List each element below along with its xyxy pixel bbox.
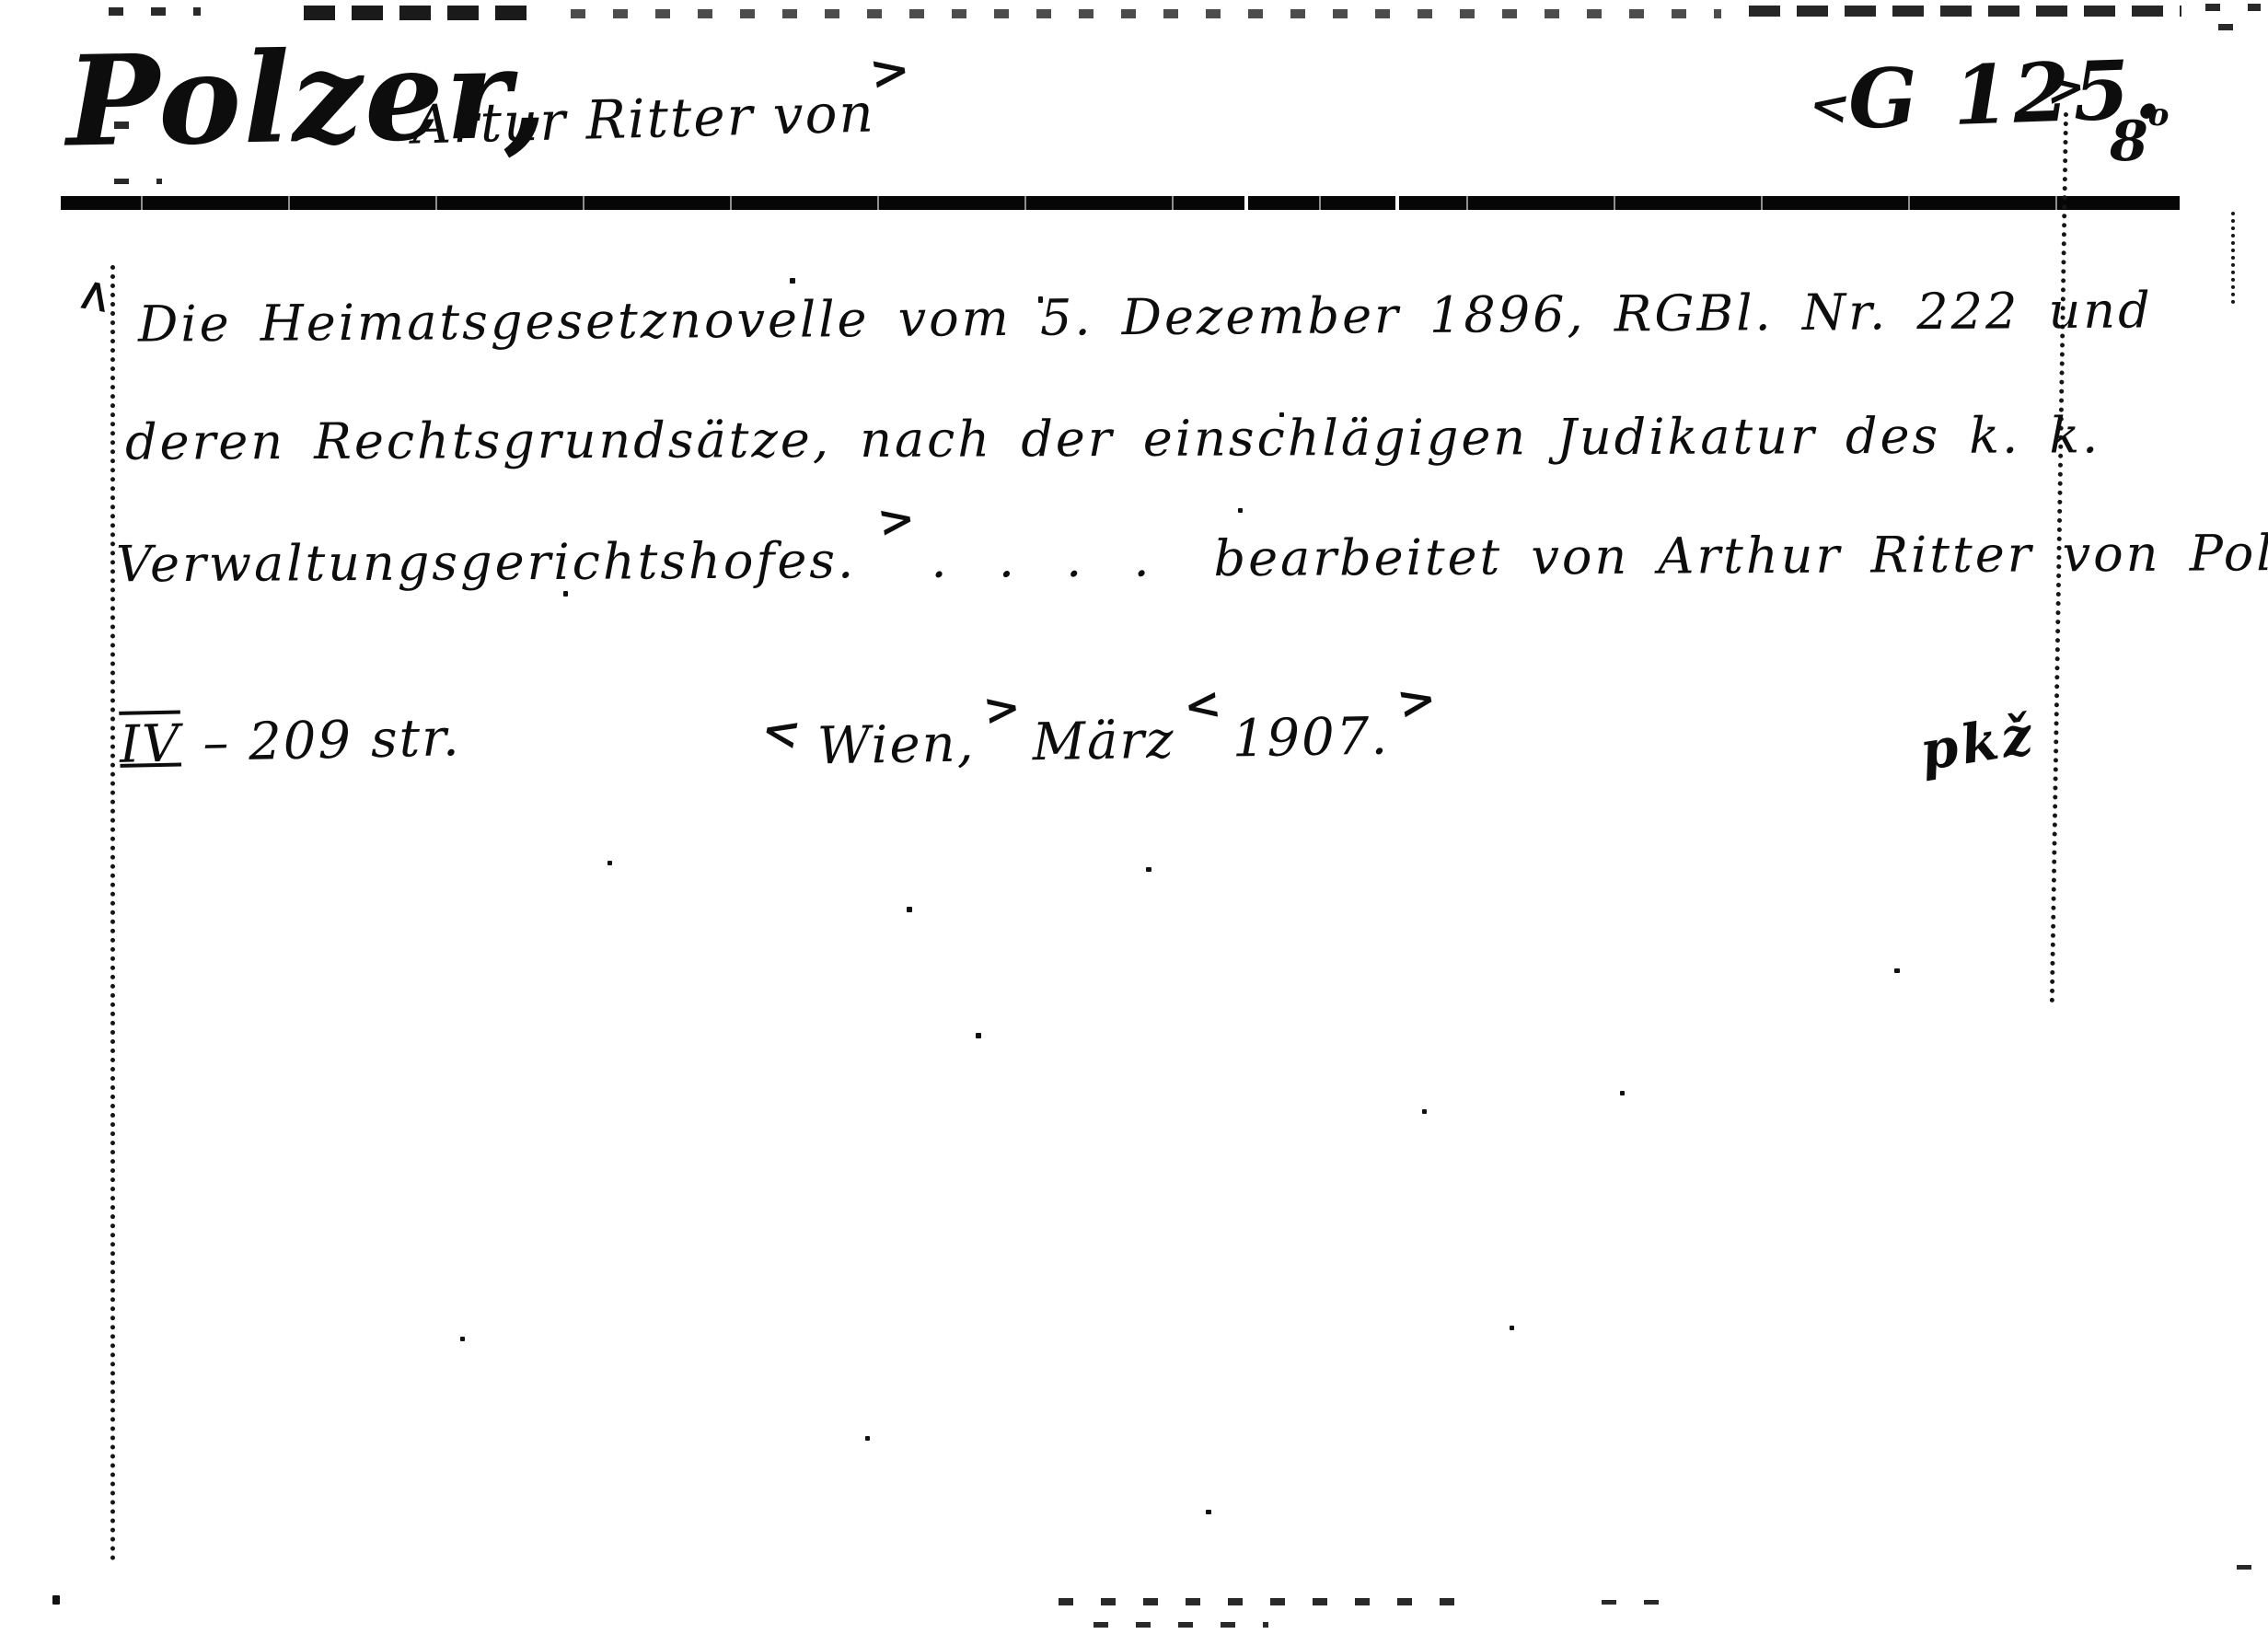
scan-speck bbox=[790, 278, 795, 284]
heading-rule-gap bbox=[1244, 194, 1248, 212]
insertion-caret-icon: > bbox=[2042, 63, 2088, 114]
cataloguer-initials: pkž bbox=[1916, 708, 2039, 779]
scan-speck bbox=[1894, 968, 1900, 973]
right-edge-dotted-line bbox=[2231, 212, 2235, 304]
scan-speck bbox=[1510, 1326, 1514, 1330]
scan-speck bbox=[1422, 1109, 1427, 1114]
imprint-place: Wien, bbox=[816, 718, 975, 772]
scan-noise-top bbox=[2218, 24, 2261, 30]
title-line-1: Die Heimatsgesetznovelle vom 5. Dezember… bbox=[138, 285, 2153, 349]
title-line-3-end: bearbeitet von Arthur Ritter von Polzer. bbox=[1213, 528, 2268, 585]
insertion-caret-icon: < bbox=[1807, 80, 1853, 133]
scan-noise-bottom bbox=[1059, 1598, 1464, 1605]
scan-speck bbox=[607, 861, 612, 865]
heading-rule-gap bbox=[1395, 194, 1399, 212]
inventory-number: IV – 209 str. bbox=[115, 713, 461, 771]
imprint-month: März bbox=[1032, 715, 1175, 770]
heading-given-name: Artur Ritter von bbox=[411, 86, 875, 151]
imprint-place-date: < Wien, > März < 1907. > bbox=[762, 711, 1440, 774]
format-octavo: 8o bbox=[2110, 99, 2169, 169]
insertion-caret-icon: < bbox=[71, 274, 121, 319]
scan-speck bbox=[563, 591, 568, 597]
scan-speck bbox=[1146, 867, 1151, 872]
scan-noise-bottom bbox=[1602, 1600, 1666, 1605]
inventory-rest: – 209 str. bbox=[202, 708, 461, 773]
scan-speck bbox=[1620, 1091, 1625, 1095]
scan-speck bbox=[1238, 508, 1243, 513]
scan-noise-top bbox=[2205, 4, 2261, 11]
insertion-caret-icon: > bbox=[981, 684, 1025, 733]
format-superscript: o bbox=[2148, 97, 2170, 133]
ellipsis-dots: . . . . bbox=[931, 534, 1162, 585]
scan-speck bbox=[1206, 1510, 1211, 1514]
imprint-year: 1907. bbox=[1232, 712, 1389, 766]
scan-speck bbox=[1038, 296, 1043, 303]
insertion-caret-icon: > bbox=[1394, 674, 1442, 726]
format-digit: 8 bbox=[2110, 110, 2148, 174]
inventory-roman-numeral: IV bbox=[115, 713, 185, 775]
catalog-card-scan: Polzer, Artur Ritter von > < G 125. > 8o… bbox=[0, 0, 2268, 1634]
insertion-caret-icon: > bbox=[875, 495, 921, 545]
title-line-3: Verwaltungsgerichtshofes. > . . . . bear… bbox=[116, 528, 2268, 590]
scan-noise-top bbox=[114, 179, 162, 184]
scan-speck bbox=[52, 1595, 60, 1605]
scan-speck bbox=[460, 1337, 465, 1341]
scan-noise-top bbox=[1749, 6, 2181, 17]
scan-noise-top bbox=[304, 6, 543, 20]
scan-speck bbox=[976, 1033, 981, 1038]
insertion-caret-icon: > bbox=[867, 45, 913, 99]
left-margin-dotted-line bbox=[110, 265, 115, 1561]
scan-speck bbox=[907, 907, 912, 912]
scan-noise-top bbox=[109, 7, 201, 16]
heading-rule bbox=[61, 196, 2180, 210]
scan-speck bbox=[865, 1436, 870, 1441]
scan-noise-bottom bbox=[1093, 1622, 1268, 1628]
scan-noise-bottom bbox=[2237, 1565, 2264, 1570]
scan-speck bbox=[1279, 412, 1284, 417]
insertion-caret-icon: < bbox=[1181, 681, 1225, 730]
insertion-caret-icon: < bbox=[758, 705, 806, 758]
scan-noise-top bbox=[571, 9, 1721, 18]
title-line-2: deren Rechtsgrundsätze, nach der einschl… bbox=[125, 411, 2100, 467]
title-line-3-start: Verwaltungsgerichtshofes. bbox=[116, 536, 856, 589]
